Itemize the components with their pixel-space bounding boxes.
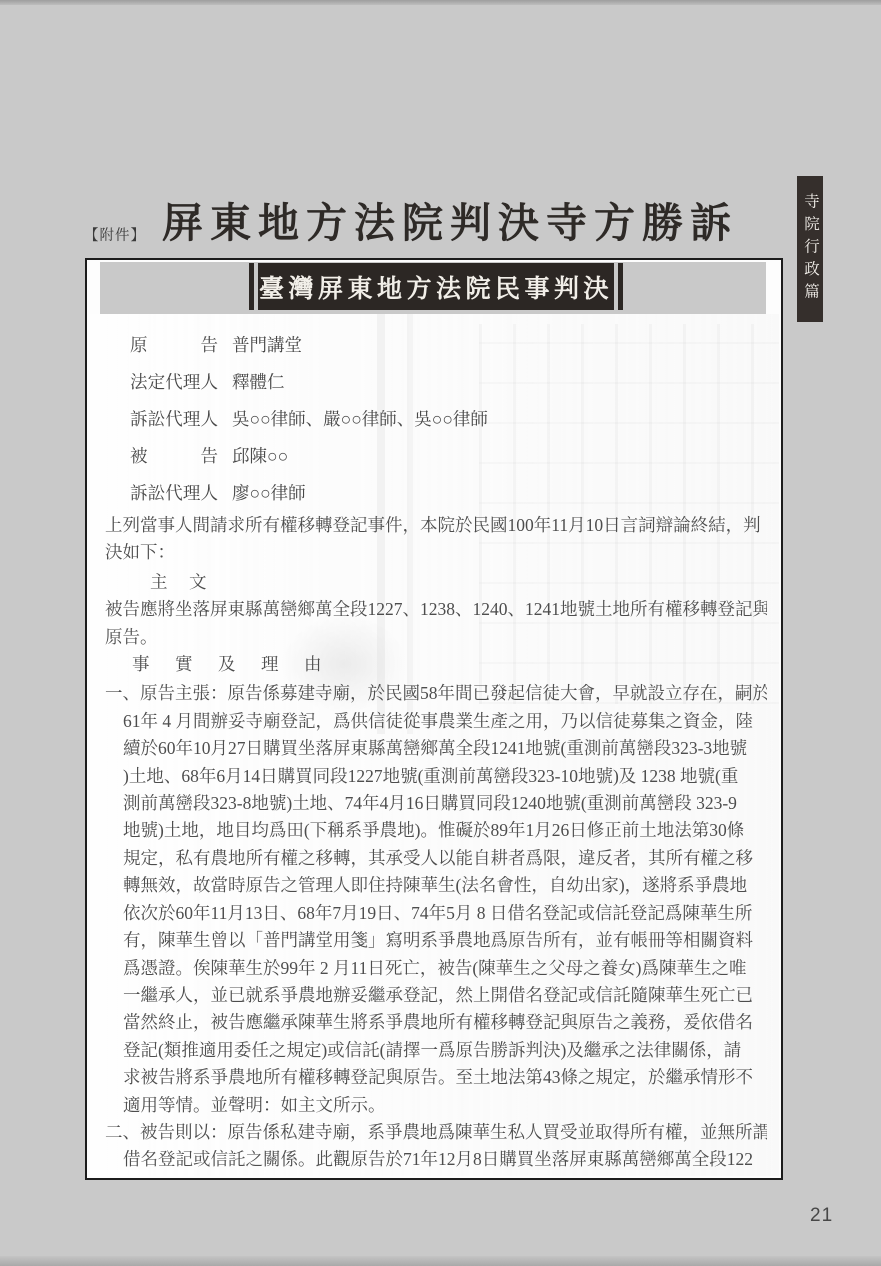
party-role: 訴訟代理人	[130, 401, 218, 438]
body-line: 登記(類推適用委任之規定)或信託(請擇一爲原告勝訴判決)及繼承之法律關係，請	[123, 1037, 767, 1064]
party-name: 吳○○律師、嚴○○律師、吳○○律師	[232, 409, 488, 429]
section-tab-label: 寺院行政篇	[799, 193, 821, 306]
party-name: 普門講堂	[232, 335, 302, 355]
party-row: 法定代理人釋體仁	[130, 364, 767, 401]
body-line: 地號)土地，地目均爲田(下稱系爭農地)。惟礙於89年1月26日修正前土地法第30…	[123, 817, 767, 844]
main-text-heading: 主 文	[150, 569, 767, 596]
judgment-banner: 臺灣屏東地方法院民事判決	[258, 263, 614, 310]
body-line: 續於60年10月27日購買坐落屏東縣萬巒鄉萬全段1241地號(重測前萬巒段323…	[123, 735, 767, 762]
page-number: 21	[810, 1205, 833, 1227]
body-line: 決如下：	[105, 539, 767, 566]
party-name: 釋體仁	[232, 372, 285, 392]
banner-side-bar-left	[249, 263, 254, 310]
body-line: 借名登記或信託之關係。此觀原告於71年12月8日購買坐落屏東縣萬巒鄉萬全段122	[123, 1146, 767, 1172]
party-name: 廖○○律師	[232, 483, 306, 503]
body-line: 適用等情。並聲明：如主文所示。	[123, 1092, 767, 1119]
body-line: 轉無效，故當時原告之管理人即住持陳華生(法名會性，自幼出家)，遂將系爭農地	[123, 872, 767, 899]
party-role: 被 告	[130, 438, 218, 475]
attachment-label: 【附件】	[84, 224, 146, 245]
judgment-banner-title: 臺灣屏東地方法院民事判決	[259, 269, 613, 305]
party-name: 邱陳○○	[232, 446, 288, 466]
body-line: 有，陳華生曾以「普門講堂用箋」寫明系爭農地爲原告所有，並有帳冊等相關資料	[123, 927, 767, 954]
body-line: 一、原告主張：原告係募建寺廟，於民國58年間已發起信徒大會，早就設立存在，嗣於	[105, 680, 767, 707]
body-line: 上列當事人間請求所有權移轉登記事件，本院於民國100年11月10日言詞辯論終結，…	[105, 512, 767, 539]
body-line: 求被告將系爭農地所有權移轉登記與原告。至土地法第43條之規定，於繼承情形不	[123, 1064, 767, 1091]
body-line: )土地、68年6月14日購買同段1227地號(重測前萬巒段323-10地號)及 …	[123, 763, 767, 790]
scan-edge-top	[0, 0, 881, 5]
party-role: 法定代理人	[130, 364, 218, 401]
party-row: 被 告邱陳○○	[130, 438, 767, 475]
banner-side-bar-right	[618, 263, 623, 310]
body-line: 依次於60年11月13日、68年7月19日、74年5月 8 日借名登記或信託登記…	[123, 900, 767, 927]
body-line: 二、被告則以：原告係私建寺廟，系爭農地爲陳華生私人買受並取得所有權，並無所謂	[105, 1119, 767, 1146]
body-line: 61年 4 月間辦妥寺廟登記，爲供信徒從事農業生產之用，乃以信徒募集之資金，陸	[123, 708, 767, 735]
facts-heading: 事 實 及 理 由	[132, 651, 767, 678]
body-line: 規定，私有農地所有權之移轉，其承受人以能自耕者爲限，違反者，其所有權之移	[123, 845, 767, 872]
body-line: 當然終止，被告應繼承陳華生將系爭農地所有權移轉登記與原告之義務，爰依借名	[123, 1009, 767, 1036]
judgment-document-box: 臺灣屏東地方法院民事判決 原 告普門講堂 法定代理人釋體仁 訴訟代理人吳○○律師…	[85, 258, 783, 1180]
party-role: 訴訟代理人	[130, 475, 218, 512]
body-line: 原告。	[105, 624, 767, 651]
section-tab: 寺院行政篇	[797, 176, 823, 322]
judgment-body: 原 告普門講堂 法定代理人釋體仁 訴訟代理人吳○○律師、嚴○○律師、吳○○律師 …	[105, 317, 767, 1172]
body-line: 爲憑證。俟陳華生於99年 2 月11日死亡，被告(陳華生之父母之養女)爲陳華生之…	[123, 955, 767, 982]
body-line: 一繼承人，並已就系爭農地辦妥繼承登記，然上開借名登記或信託隨陳華生死亡已	[123, 982, 767, 1009]
page-title: 屏東地方法院判決寺方勝訴	[160, 190, 740, 249]
body-line: 被告應將坐落屏東縣萬巒鄉萬全段1227、1238、1240、1241地號土地所有…	[105, 596, 767, 623]
party-row: 訴訟代理人吳○○律師、嚴○○律師、吳○○律師	[130, 401, 767, 438]
party-row: 訴訟代理人廖○○律師	[130, 475, 767, 512]
scan-edge-bottom	[0, 1256, 881, 1266]
body-line: 測前萬巒段323-8地號)土地、74年4月16日購買同段1240地號(重測前萬巒…	[123, 790, 767, 817]
party-role: 原 告	[130, 327, 218, 364]
party-row: 原 告普門講堂	[130, 327, 767, 364]
